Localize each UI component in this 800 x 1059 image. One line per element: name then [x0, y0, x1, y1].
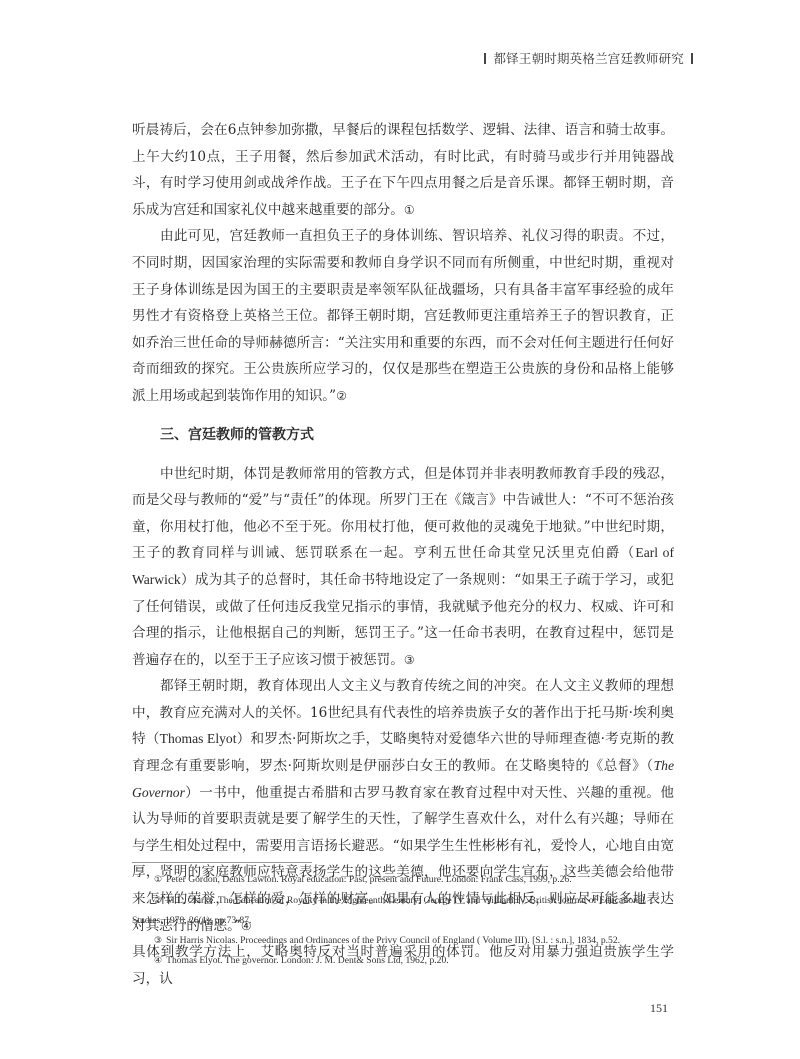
footnote-2: ②M.L. Clarke. The Education of Royalty i… [132, 891, 677, 931]
paragraph-2: 由此可见，宫廷教师一直担负王子的身体训练、智识培养、礼仪习得的职责。不过，不同时… [132, 223, 674, 409]
header-bar-left [484, 53, 486, 64]
running-title: 都铎王朝时期英格兰宫廷教师研究 [493, 51, 684, 66]
paragraph-1: 听晨祷后，会在6点钟参加弥撒，早餐后的课程包括数学、逻辑、法律、语言和骑士故事。… [132, 117, 674, 223]
header-bar-right [691, 53, 693, 64]
footnote-1: ①Peter Gordon, Denis Lawton. Royal educa… [132, 870, 677, 891]
section-heading: 三、宫廷教师的管教方式 [160, 422, 674, 448]
paragraph-3: 中世纪时期，体罚是教师常用的管教方式，但是体罚并非表明教师教育手段的残忍，而是父… [132, 461, 674, 674]
page-number: 151 [650, 1001, 668, 1016]
footnote-divider [132, 862, 312, 863]
footnote-3: ③Sir Harris Nicolas. Proceedings and Ord… [132, 931, 677, 952]
footnote-ref-1[interactable]: ① [404, 203, 415, 217]
footnote-ref-2[interactable]: ② [336, 389, 347, 403]
footnote-ref-3[interactable]: ③ [404, 653, 415, 667]
running-header: 都铎王朝时期英格兰宫廷教师研究 [477, 49, 700, 67]
footnotes: ①Peter Gordon, Denis Lawton. Royal educa… [132, 870, 677, 972]
footnote-4: ④Thomas Elyot. The governor. London: J. … [132, 951, 677, 972]
